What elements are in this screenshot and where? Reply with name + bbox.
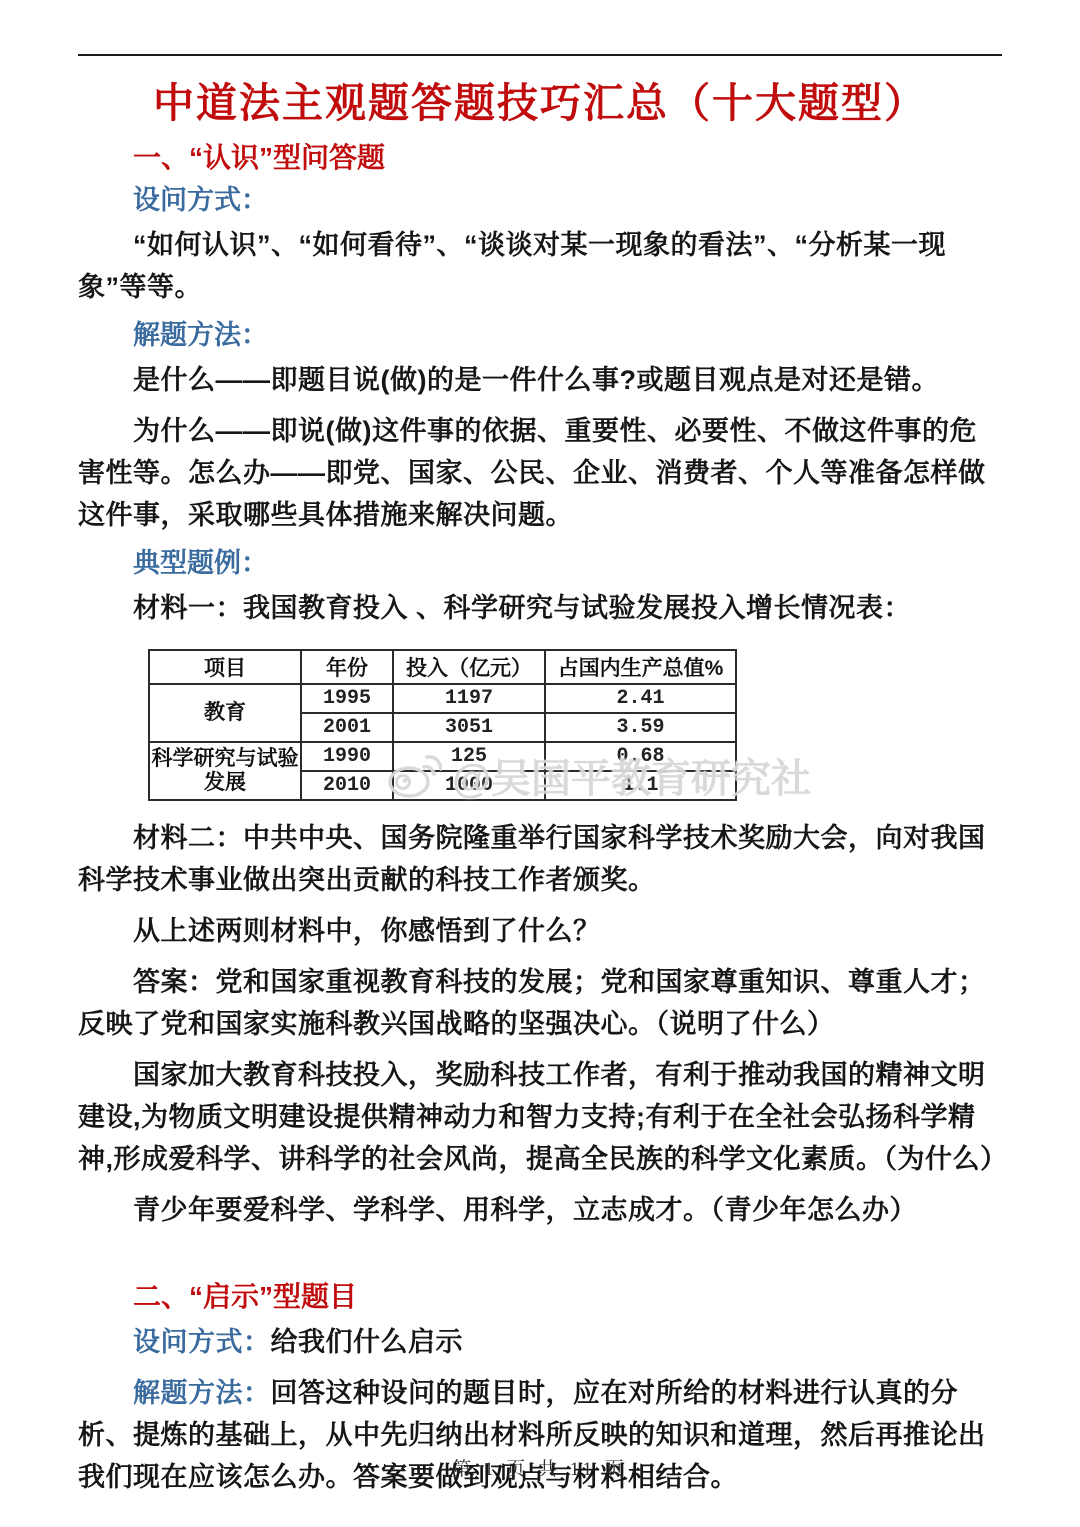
cell-year: 2001 [301,713,393,742]
cell-item-education: 教育 [149,684,301,742]
cell-gdp-share: 1.1 [545,771,736,800]
cell-investment: 1000 [393,771,545,800]
section1-heading: 一、“认识”型问答题 [133,142,1002,173]
section1-method-label: 解题方法： [133,320,1002,350]
section2-ask-style-label: 设问方式： [133,1327,271,1357]
page-footer: 第 1 页 共 11 页 [0,1454,1080,1481]
table-container: 项目 年份 投入（亿元） 占国内生产总值% 教育 1995 1197 2.41 … [148,649,735,801]
cell-gdp-share: 2.41 [545,684,736,713]
section2-ask-line: 设问方式：给我们什么启示 [78,1321,1002,1363]
section1-answer-what: 答案：党和国家重视教育科技的发展；党和国家尊重知识、尊重人才；反映了党和国家实施… [78,961,1002,1045]
cell-investment: 3051 [393,713,545,742]
section1-method-what: 是什么——即题目说(做)的是一件什么事?或题目观点是对还是错。 [78,359,1002,401]
investment-growth-table: 项目 年份 投入（亿元） 占国内生产总值% 教育 1995 1197 2.41 … [148,649,737,801]
col-header-item: 项目 [149,650,301,684]
section1-ask-examples: “如何认识”、“如何看待”、“谈谈对某一现象的看法”、“分析某一现象”等等。 [78,224,1002,308]
document-page: 中道法主观题答题技巧汇总（十大题型） 一、“认识”型问答题 设问方式： “如何认… [0,0,1080,1527]
section2-method-label: 解题方法： [133,1378,271,1408]
cell-year: 1990 [301,742,393,771]
table-row: 教育 1995 1197 2.41 [149,684,736,713]
section1-example-label: 典型题例： [133,548,1002,578]
section1-ask-style-label: 设问方式： [133,185,1002,215]
col-header-investment: 投入（亿元） [393,650,545,684]
cell-gdp-share: 0.68 [545,742,736,771]
header-rule [78,54,1002,56]
section1-method-why-how: 为什么——即说(做)这件事的依据、重要性、必要性、不做这件事的危害性等。怎么办—… [78,410,1002,536]
section1-answer-why: 国家加大教育科技投入，奖励科技工作者，有利于推动我国的精神文明建设,为物质文明建… [78,1054,1002,1180]
table-row: 科学研究与试验发展 1990 125 0.68 [149,742,736,771]
section2-heading: 二、“启示”型题目 [133,1281,1002,1312]
col-header-year: 年份 [301,650,393,684]
page-title: 中道法主观题答题技巧汇总（十大题型） [78,80,1002,126]
section2-ask-text: 给我们什么启示 [271,1327,464,1357]
cell-item-research: 科学研究与试验发展 [149,742,301,800]
section1-question: 从上述两则材料中，你感悟到了什么？ [78,910,1002,952]
cell-year: 2010 [301,771,393,800]
section1-material2: 材料二：中共中央、国务院隆重举行国家科学技术奖励大会，向对我国科学技术事业做出突… [78,817,1002,901]
cell-investment: 125 [393,742,545,771]
col-header-gdp-share: 占国内生产总值% [545,650,736,684]
table-header-row: 项目 年份 投入（亿元） 占国内生产总值% [149,650,736,684]
section1-answer-how: 青少年要爱科学、学科学、用科学，立志成才。（青少年怎么办） [78,1189,1002,1231]
section1-material1: 材料一：我国教育投入 、科学研究与试验发展投入增长情况表： [78,587,1002,629]
cell-investment: 1197 [393,684,545,713]
cell-year: 1995 [301,684,393,713]
cell-gdp-share: 3.59 [545,713,736,742]
